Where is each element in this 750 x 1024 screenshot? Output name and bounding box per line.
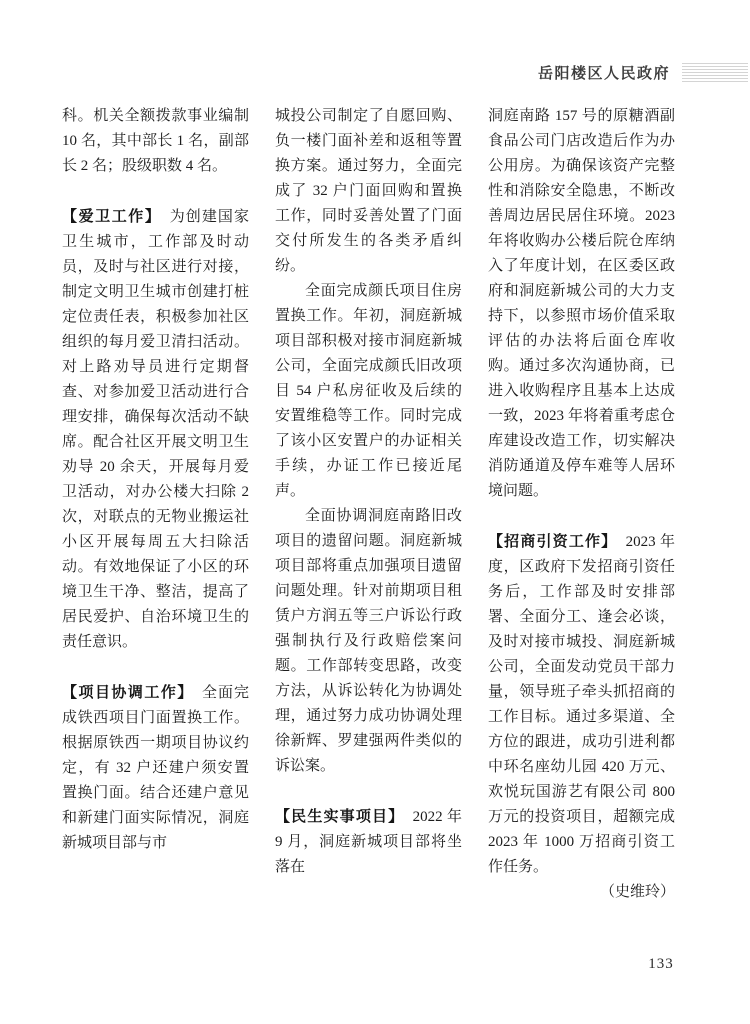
byline: （史维玲） <box>488 880 675 905</box>
section-paragraph: 【招商引资工作】2023 年度，区政府下发招商引资任务后，工作部及时安排部署、全… <box>488 529 675 880</box>
yearbook-page: 岳阳楼区人民政府 科。机关全额拨款事业编制 10 名，其中部长 1 名，副部长 … <box>0 0 750 1024</box>
header-rule-decoration <box>682 63 748 82</box>
section-paragraph: 【项目协调工作】全面完成铁西项目门面置换工作。根据原铁西一期项目协议约定，有 3… <box>62 680 249 856</box>
section-paragraph: 【民生实事项目】2022 年 9 月，洞庭新城项目部将坐落在 <box>275 804 462 880</box>
paragraph: 科。机关全额拨款事业编制 10 名，其中部长 1 名，副部长 2 名；股级职数 … <box>62 104 249 179</box>
paragraph: 城投公司制定了自愿回购、负一楼门面补差和返租等置换方案。通过努力，全面完成了 3… <box>275 104 462 279</box>
text-column-1: 科。机关全额拨款事业编制 10 名，其中部长 1 名，副部长 2 名；股级职数 … <box>62 104 249 905</box>
section-label: 【招商引资工作】 <box>488 533 617 550</box>
running-header: 岳阳楼区人民政府 <box>0 60 748 84</box>
section-label: 【爱卫工作】 <box>62 208 161 225</box>
page-body: 科。机关全额拨款事业编制 10 名，其中部长 1 名，副部长 2 名；股级职数 … <box>62 104 675 905</box>
paragraph: 全面完成颜氏项目住房置换工作。年初，洞庭新城项目部积极对接市洞庭新城公司，全面完… <box>275 279 462 504</box>
paragraph: 洞庭南路 157 号的原糖酒副食品公司门店改造后作为办公用房。为确保该资产完整性… <box>488 104 675 504</box>
section-label: 【民生实事项目】 <box>275 808 404 825</box>
section-paragraph: 【爱卫工作】为创建国家卫生城市，工作部及时动员，及时与社区进行对接，制定文明卫生… <box>62 204 249 655</box>
text-column-2: 城投公司制定了自愿回购、负一楼门面补差和返租等置换方案。通过努力，全面完成了 3… <box>275 104 462 905</box>
running-header-title: 岳阳楼区人民政府 <box>538 62 670 83</box>
page-number: 133 <box>644 956 678 973</box>
section-label: 【项目协调工作】 <box>62 684 194 701</box>
text-column-3: 洞庭南路 157 号的原糖酒副食品公司门店改造后作为办公用房。为确保该资产完整性… <box>488 104 675 905</box>
paragraph: 全面协调洞庭南路旧改项目的遗留问题。洞庭新城项目部将重点加强项目遗留问题处理。针… <box>275 504 462 779</box>
